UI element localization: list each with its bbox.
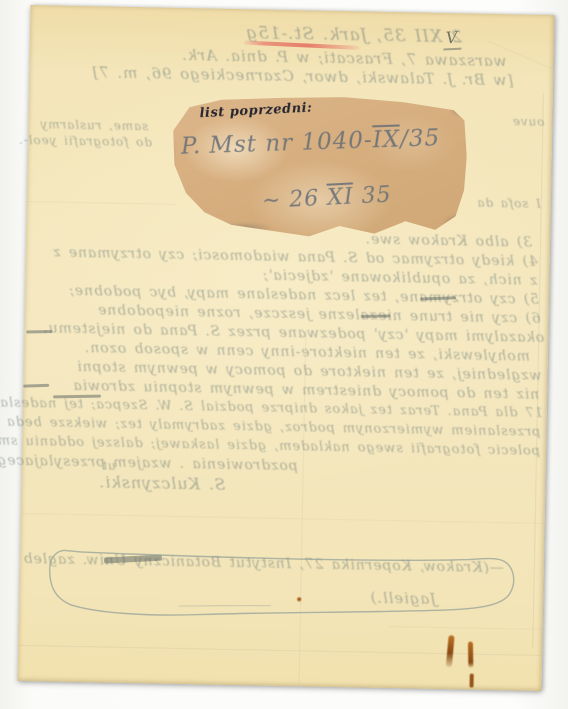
scan-background: 2 XII 35, Jark. St.-15gwarszawa 7, Frasc… (0, 0, 568, 709)
date-prefix: ~ 26 (261, 186, 328, 214)
ref-roman-numeral: IX (372, 126, 400, 153)
ref-suffix: /35 (400, 125, 441, 152)
rust-stain-2 (468, 642, 473, 668)
paper-sheet: 2 XII 35, Jark. St.-15gwarszawa 7, Frasc… (18, 5, 555, 691)
ref-prefix: P. Mst nr 1040- (181, 127, 374, 159)
date-roman-numeral: XI (327, 184, 355, 210)
tape-ink-caption: list poprzedni: (199, 101, 312, 122)
tape-ref-number: P. Mst nr 1040-IX/35 (181, 125, 441, 160)
rust-dot (297, 597, 301, 601)
date-suffix: 35 (353, 182, 392, 209)
rust-stain-3 (470, 674, 474, 688)
tape-date: ~ 26 XI 35 (261, 182, 392, 214)
